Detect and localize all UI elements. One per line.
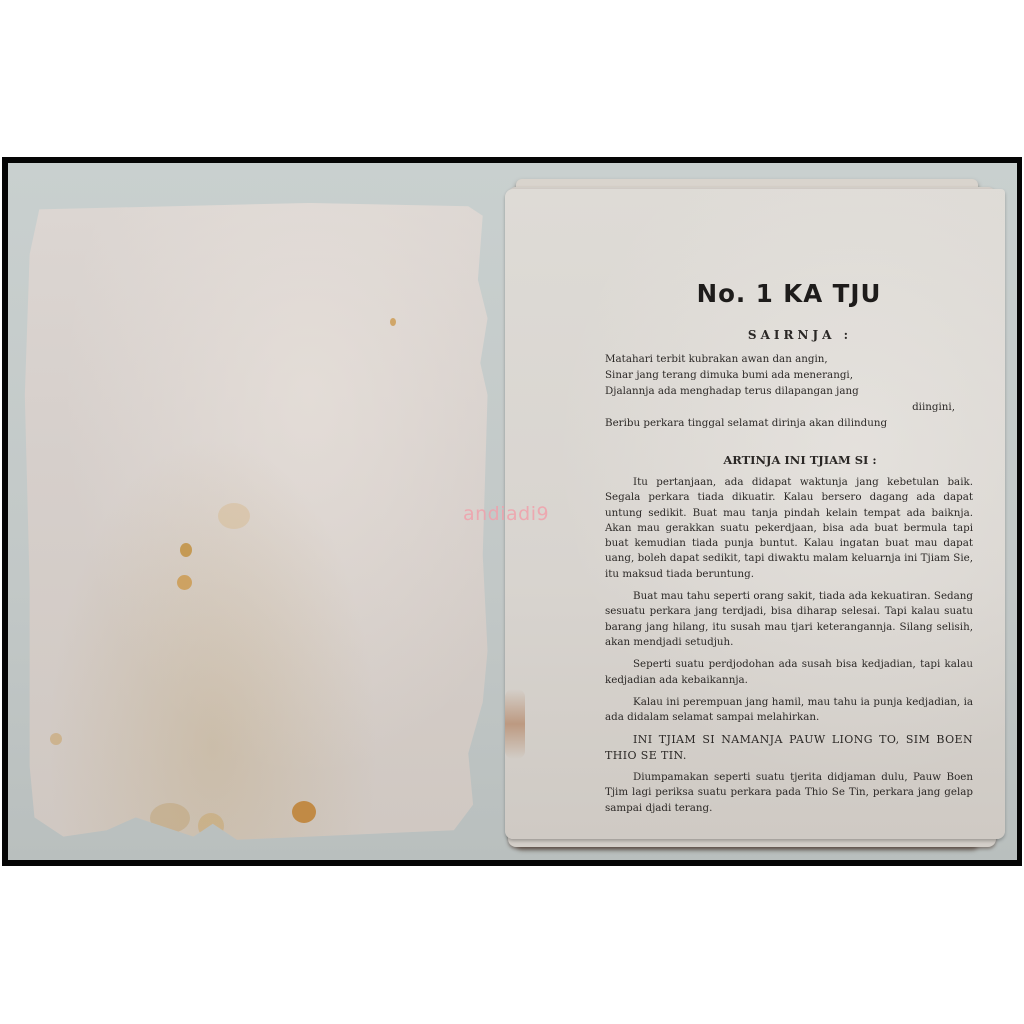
page-title: No. 1 KA TJU: [609, 279, 970, 308]
poem-line: Beribu perkara tinggal selamat dirinja a…: [605, 415, 973, 431]
stain-mark: [50, 733, 62, 745]
stain-mark: [150, 803, 190, 833]
meaning-heading: ARTINJA INI TJIAM SI :: [627, 453, 973, 467]
poem-heading: SAIRNJA :: [627, 328, 973, 342]
stain-mark: [180, 543, 192, 557]
paragraph: Itu pertanjaan, ada didapat waktunja jan…: [605, 475, 973, 582]
poem-line-continuation: diingini,: [605, 399, 973, 415]
stain-mark: [218, 503, 250, 529]
poem-line: Sinar jang terang dimuka bumi ada menera…: [605, 367, 973, 383]
watermark-text: andiadi9: [463, 503, 549, 525]
poem-line: Djalannja ada menghadap terus dilapangan…: [605, 383, 973, 399]
stain-mark: [177, 575, 192, 590]
paragraph: Diumpamakan seperti suatu tjerita didjam…: [605, 770, 973, 816]
poem: Matahari terbit kubrakan awan dan angin,…: [605, 351, 973, 431]
left-page: [20, 203, 502, 843]
stain-mark: [390, 318, 396, 326]
paragraph: Seperti suatu perdjodohan ada susah bisa…: [605, 657, 973, 688]
poem-line: Matahari terbit kubrakan awan dan angin,: [605, 351, 973, 367]
stain-mark: [198, 813, 224, 839]
paragraph: Kalau ini perempuan jang hamil, mau tahu…: [605, 695, 973, 726]
right-page: No. 1 KA TJU SAIRNJA : Matahari terbit k…: [505, 189, 1005, 839]
paragraph: Buat mau tahu seperti orang sakit, tiada…: [605, 589, 973, 650]
paragraph-caps: INI TJIAM SI NAMANJA PAUW LIONG TO, SIM …: [605, 732, 973, 763]
book-photo: No. 1 KA TJU SAIRNJA : Matahari terbit k…: [8, 163, 1017, 860]
page-text: No. 1 KA TJU SAIRNJA : Matahari terbit k…: [605, 255, 973, 823]
stain-mark: [292, 801, 316, 823]
stain-mark: [505, 689, 525, 759]
